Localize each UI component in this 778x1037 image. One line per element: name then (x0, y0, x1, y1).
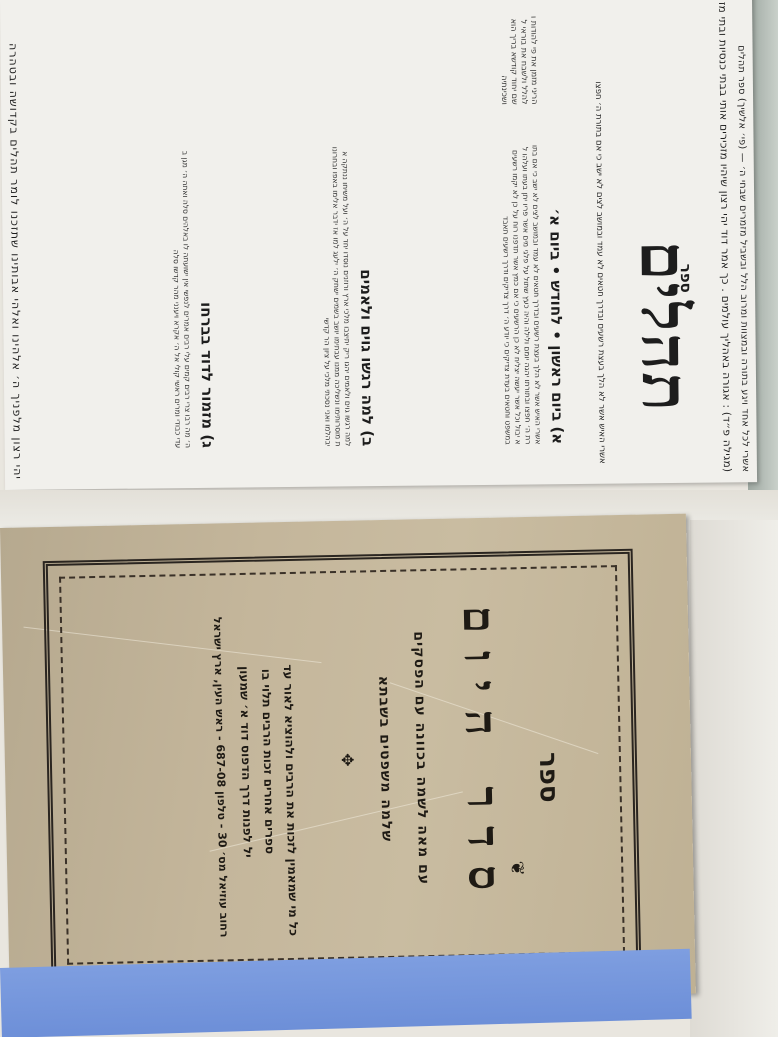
section-text-2: למה רגשו גוים ולאמים יהגו ריק יתיצבו מלכ… (230, 146, 353, 447)
background-surface-right (690, 520, 778, 1037)
section-text-1: אשרי האיש אשר לא הלך בעצת רשעים ובדרך חט… (390, 144, 543, 446)
cover-title-small: ספר (533, 752, 564, 803)
section-heading-3: ג) מזמור לדוד בברחו (197, 302, 217, 448)
cover-content: ספר ❦ סדר היום עם מאה לשמה בכוונה עם הפס… (63, 567, 611, 952)
cover-footer-1: כל מי שמאמין לזכות את הרבים ולהוציא לאור… (279, 586, 300, 936)
header-line-2: (מגילה פ״ד) : אגורה באהליך עולמים . כך א… (716, 2, 733, 472)
header-line-1: אשרי לכל אחד ויגע בתורה ובמצוות ומרוב הל… (735, 2, 751, 472)
section-heading-2: ב) למה רגשו גוים ולאמים (357, 269, 377, 446)
subtitle: אשרי האיש אשר לא הלך בעצת רשעים ובדרך חט… (592, 14, 607, 464)
cover-footer-2: ספרים אחרים זכות הרבים תלוי בו (257, 586, 278, 936)
section-text-3: ה׳ מה רבו צרי רבים קמים עלי רבים אמרים ל… (70, 148, 193, 449)
ornament-icon-2: ✥ (334, 573, 361, 947)
cover-text-rotated: ספר ❦ סדר היום עם מאה לשמה בכוונה עם הפס… (63, 567, 611, 952)
cover-subtitle-1: עם מאה לשמה בכוונה עם הפסקים (409, 571, 433, 945)
cover-subtitle-2: שלמה משפטים בשבתא (373, 572, 397, 946)
section-heading-1: א) ביום ראשון • לחודש • ביום א׳ (546, 208, 566, 444)
cover-footer-address: רחוב עוזיאל מס׳ 30 - טלפון 687-08 - ראש … (210, 587, 230, 937)
cover-footer-3: יל לפנות דרך הדפוס דוד א׳ שמעון (235, 587, 256, 937)
cover-title: סדר היום (452, 569, 511, 944)
tehillim-page: אשרי לכל אחד ויגע בתורה ובמצוות ומרוב הל… (0, 0, 757, 490)
booklet-cover: ספר ❦ סדר היום עם מאה לשמה בכוונה עם הפס… (0, 514, 696, 1008)
tehillim-page-content: אשרי לכל אחד ויגע בתורה ובמצוות ומרוב הל… (0, 0, 757, 490)
side-column-text: הריני מזמן את פי להודות ולהלל ולשבח את ב… (68, 14, 539, 109)
page-title: תהלים (626, 240, 703, 413)
footer-line: יהי רצון מלפניך ה׳ אלהינו ואלהי אבותינו … (6, 10, 24, 480)
